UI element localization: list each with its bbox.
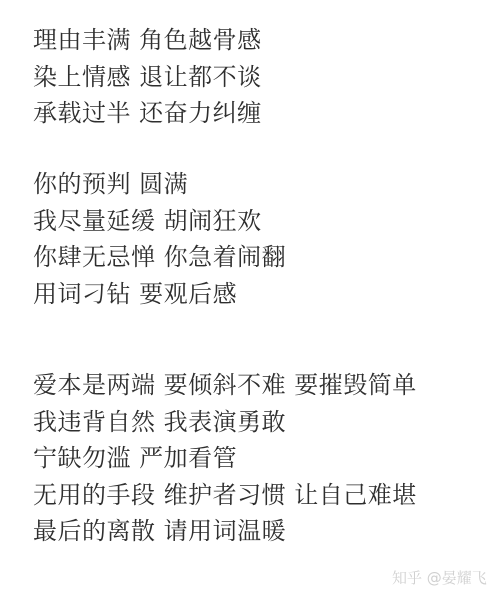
lyric-line: 无用的手段 维护者习惯 让自己难堪 (33, 477, 417, 514)
lyric-line: 用词刁钻 要观后感 (33, 276, 286, 313)
lyric-line: 染上情感 退让都不谈 (33, 59, 262, 96)
stanza-3: 爱本是两端 要倾斜不难 要摧毁简单 我违背自然 我表演勇敢 宁缺勿滥 严加看管 … (33, 367, 417, 550)
lyric-line: 我尽量延缓 胡闹狂欢 (33, 203, 286, 240)
lyric-line: 最后的离散 请用词温暖 (33, 513, 417, 550)
lyric-line: 你肆无忌惮 你急着闹翻 (33, 239, 286, 276)
watermark: 知乎 @晏耀飞 (392, 567, 487, 588)
lyric-line: 我违背自然 我表演勇敢 (33, 404, 417, 441)
lyric-line: 理由丰满 角色越骨感 (33, 22, 262, 59)
stanza-1: 理由丰满 角色越骨感 染上情感 退让都不谈 承载过半 还奋力纠缠 (33, 22, 262, 132)
lyric-line: 宁缺勿滥 严加看管 (33, 440, 417, 477)
stanza-2: 你的预判 圆满 我尽量延缓 胡闹狂欢 你肆无忌惮 你急着闹翻 用词刁钻 要观后感 (33, 166, 286, 312)
lyric-line: 你的预判 圆满 (33, 166, 286, 203)
lyric-line: 承载过半 还奋力纠缠 (33, 95, 262, 132)
lyric-line: 爱本是两端 要倾斜不难 要摧毁简单 (33, 367, 417, 404)
